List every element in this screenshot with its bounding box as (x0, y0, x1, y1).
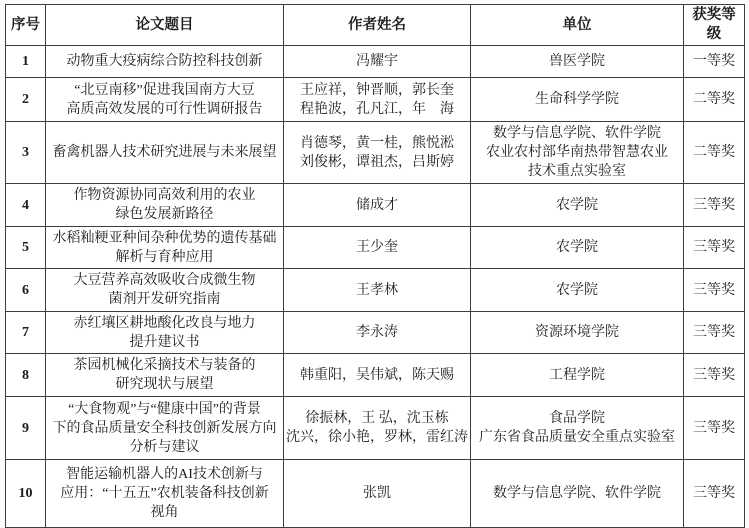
cell-award: 三等奖 (684, 227, 745, 269)
cell-authors: 徐振林，王 弘，沈玉栋 沈兴，徐小艳，罗林，雷红涛 (284, 397, 471, 460)
cell-unit: 农学院 (471, 227, 684, 269)
table-row: 5 水稻籼粳亚种间杂种优势的遗传基础 解析与育种应用 王少奎 农学院 三等奖 (6, 227, 745, 269)
cell-unit: 工程学院 (471, 354, 684, 397)
cell-paper-title: 动物重大疫病综合防控科技创新 (46, 46, 284, 78)
table-row: 4 作物资源协同高效利用的农业 绿色发展新路径 储成才 农学院 三等奖 (6, 184, 745, 227)
cell-award: 三等奖 (684, 460, 745, 528)
header-row: 序号 论文题目 作者姓名 单位 获奖等级 (6, 5, 745, 46)
cell-serial-number: 6 (6, 269, 46, 312)
cell-unit: 农学院 (471, 184, 684, 227)
cell-award: 三等奖 (684, 184, 745, 227)
cell-paper-title: 水稻籼粳亚种间杂种优势的遗传基础 解析与育种应用 (46, 227, 284, 269)
cell-unit: 数学与信息学院、软件学院 农业农村部华南热带智慧农业 技术重点实验室 (471, 122, 684, 184)
cell-authors: 张凯 (284, 460, 471, 528)
cell-serial-number: 1 (6, 46, 46, 78)
cell-paper-title: 茶园机械化采摘技术与装备的 研究现状与展望 (46, 354, 284, 397)
cell-paper-title: 大豆营养高效吸收合成微生物 菌剂开发研究指南 (46, 269, 284, 312)
cell-paper-title: “大食物观”与“健康中国”的背景 下的食品质量安全科技创新发展方向 分析与建议 (46, 397, 284, 460)
cell-serial-number: 3 (6, 122, 46, 184)
cell-authors: 韩重阳，吴伟斌，陈天赐 (284, 354, 471, 397)
cell-authors: 王应祥，钟晋顺，郭长奎 程艳波，孔凡江，年 海 (284, 78, 471, 122)
cell-paper-title: 赤红壤区耕地酸化改良与地力 提升建议书 (46, 312, 284, 354)
cell-award: 二等奖 (684, 78, 745, 122)
table-row: 9 “大食物观”与“健康中国”的背景 下的食品质量安全科技创新发展方向 分析与建… (6, 397, 745, 460)
cell-authors: 肖德琴，黄一桂，熊悦淞 刘俊彬，谭祖杰，吕斯婷 (284, 122, 471, 184)
cell-paper-title: 作物资源协同高效利用的农业 绿色发展新路径 (46, 184, 284, 227)
cell-serial-number: 7 (6, 312, 46, 354)
table-row: 7 赤红壤区耕地酸化改良与地力 提升建议书 李永涛 资源环境学院 三等奖 (6, 312, 745, 354)
cell-unit: 农学院 (471, 269, 684, 312)
cell-award: 三等奖 (684, 397, 745, 460)
table-row: 8 茶园机械化采摘技术与装备的 研究现状与展望 韩重阳，吴伟斌，陈天赐 工程学院… (6, 354, 745, 397)
cell-paper-title: 畜禽机器人技术研究进展与未来展望 (46, 122, 284, 184)
table-row: 3 畜禽机器人技术研究进展与未来展望 肖德琴，黄一桂，熊悦淞 刘俊彬，谭祖杰，吕… (6, 122, 745, 184)
header-unit: 单位 (471, 5, 684, 46)
cell-unit: 食品学院 广东省食品质量安全重点实验室 (471, 397, 684, 460)
cell-paper-title: 智能运输机器人的AI技术创新与 应用：“十五五”农机装备科技创新 视角 (46, 460, 284, 528)
cell-award: 三等奖 (684, 269, 745, 312)
cell-authors: 李永涛 (284, 312, 471, 354)
cell-serial-number: 4 (6, 184, 46, 227)
cell-serial-number: 10 (6, 460, 46, 528)
cell-serial-number: 8 (6, 354, 46, 397)
cell-serial-number: 9 (6, 397, 46, 460)
cell-authors: 储成才 (284, 184, 471, 227)
table-row: 6 大豆营养高效吸收合成微生物 菌剂开发研究指南 王孝林 农学院 三等奖 (6, 269, 745, 312)
cell-paper-title: “北豆南移”促进我国南方大豆 高质高效发展的可行性调研报告 (46, 78, 284, 122)
header-author-names: 作者姓名 (284, 5, 471, 46)
cell-unit: 资源环境学院 (471, 312, 684, 354)
cell-award: 一等奖 (684, 46, 745, 78)
cell-unit: 数学与信息学院、软件学院 (471, 460, 684, 528)
cell-unit: 兽医学院 (471, 46, 684, 78)
table-row: 1 动物重大疫病综合防控科技创新 冯耀宇 兽医学院 一等奖 (6, 46, 745, 78)
cell-award: 二等奖 (684, 122, 745, 184)
cell-serial-number: 2 (6, 78, 46, 122)
cell-award: 三等奖 (684, 312, 745, 354)
cell-authors: 王孝林 (284, 269, 471, 312)
table-row: 2 “北豆南移”促进我国南方大豆 高质高效发展的可行性调研报告 王应祥，钟晋顺，… (6, 78, 745, 122)
cell-authors: 王少奎 (284, 227, 471, 269)
cell-award: 三等奖 (684, 354, 745, 397)
award-paper-table: 序号 论文题目 作者姓名 单位 获奖等级 1 动物重大疫病综合防控科技创新 冯耀… (5, 4, 745, 528)
cell-unit: 生命科学学院 (471, 78, 684, 122)
cell-serial-number: 5 (6, 227, 46, 269)
header-award-level: 获奖等级 (684, 5, 745, 46)
cell-authors: 冯耀宇 (284, 46, 471, 78)
header-serial-number: 序号 (6, 5, 46, 46)
header-paper-title: 论文题目 (46, 5, 284, 46)
table-row: 10 智能运输机器人的AI技术创新与 应用：“十五五”农机装备科技创新 视角 张… (6, 460, 745, 528)
